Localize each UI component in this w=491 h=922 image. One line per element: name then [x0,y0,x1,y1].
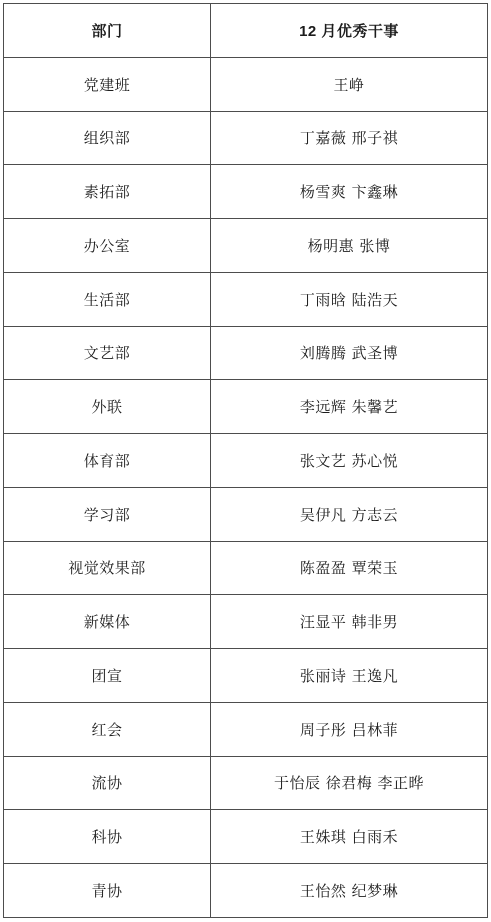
department-cell: 文艺部 [4,326,211,380]
table-row: 红会 周子彤 吕林菲 [4,702,488,756]
table-row: 组织部 丁嘉薇 邢子祺 [4,111,488,165]
table-row: 新媒体 汪显平 韩非男 [4,595,488,649]
names-cell: 汪显平 韩非男 [211,595,488,649]
table-row: 党建班 王峥 [4,57,488,111]
names-cell: 王姝琪 白雨禾 [211,810,488,864]
department-cell: 流协 [4,756,211,810]
names-cell: 李远辉 朱馨艺 [211,380,488,434]
names-cell: 张文艺 苏心悦 [211,434,488,488]
names-cell: 杨明惠 张博 [211,219,488,273]
department-cell: 青协 [4,864,211,918]
header-cell-department: 部门 [4,4,211,58]
department-cell: 体育部 [4,434,211,488]
table-row: 流协 于怡辰 徐君梅 李正晔 [4,756,488,810]
department-cell: 办公室 [4,219,211,273]
department-cell: 新媒体 [4,595,211,649]
department-cell: 团宣 [4,649,211,703]
department-cell: 外联 [4,380,211,434]
header-cell-award: 12 月优秀干事 [211,4,488,58]
department-cell: 素拓部 [4,165,211,219]
document-sheet: 部门 12 月优秀干事 党建班 王峥 组织部 丁嘉薇 邢子祺 素拓部 杨雪爽 卞… [3,3,488,918]
department-cell: 红会 [4,702,211,756]
names-cell: 于怡辰 徐君梅 李正晔 [211,756,488,810]
table-body: 党建班 王峥 组织部 丁嘉薇 邢子祺 素拓部 杨雪爽 卞鑫琳 办公室 杨明惠 张… [4,57,488,917]
names-cell: 杨雪爽 卞鑫琳 [211,165,488,219]
table-row: 生活部 丁雨晗 陆浩天 [4,272,488,326]
names-cell: 王怡然 纪梦琳 [211,864,488,918]
department-cell: 视觉效果部 [4,541,211,595]
names-cell: 陈盈盈 覃荣玉 [211,541,488,595]
table-row: 办公室 杨明惠 张博 [4,219,488,273]
names-cell: 丁嘉薇 邢子祺 [211,111,488,165]
table-row: 视觉效果部 陈盈盈 覃荣玉 [4,541,488,595]
names-cell: 吴伊凡 方志云 [211,487,488,541]
department-cell: 学习部 [4,487,211,541]
department-cell: 科协 [4,810,211,864]
table-row: 文艺部 刘腾腾 武圣博 [4,326,488,380]
department-cell: 生活部 [4,272,211,326]
names-cell: 周子彤 吕林菲 [211,702,488,756]
table-row: 学习部 吴伊凡 方志云 [4,487,488,541]
table-row: 团宣 张丽诗 王逸凡 [4,649,488,703]
table-row: 科协 王姝琪 白雨禾 [4,810,488,864]
table-row: 素拓部 杨雪爽 卞鑫琳 [4,165,488,219]
table-row: 外联 李远辉 朱馨艺 [4,380,488,434]
table-row: 体育部 张文艺 苏心悦 [4,434,488,488]
names-cell: 张丽诗 王逸凡 [211,649,488,703]
names-cell: 刘腾腾 武圣博 [211,326,488,380]
names-cell: 王峥 [211,57,488,111]
table-row: 青协 王怡然 纪梦琳 [4,864,488,918]
names-cell: 丁雨晗 陆浩天 [211,272,488,326]
department-cell: 党建班 [4,57,211,111]
header-row: 部门 12 月优秀干事 [4,4,488,58]
department-cell: 组织部 [4,111,211,165]
award-table: 部门 12 月优秀干事 党建班 王峥 组织部 丁嘉薇 邢子祺 素拓部 杨雪爽 卞… [3,3,488,918]
